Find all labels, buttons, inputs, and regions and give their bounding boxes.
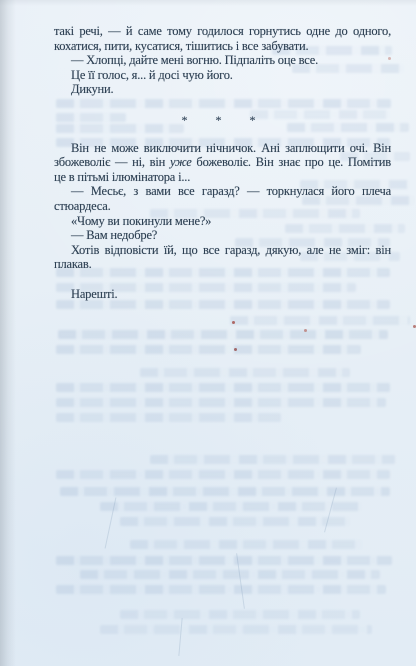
paper-speck: [304, 329, 307, 332]
text-line: Нарешті.: [54, 287, 391, 302]
text-line: — Хлопці, дайте мені вогню. Підпаліть оц…: [54, 53, 391, 68]
text-line: Він не може виключити нічничок. Ані запл…: [54, 141, 391, 156]
text-line: «Чому ви покинули мене?»: [54, 214, 391, 229]
text-line: збожеволіє — ні, він уже божеволіє. Він …: [54, 155, 391, 170]
bleed-through-line: [56, 345, 361, 354]
italic-word: уже: [170, 155, 192, 169]
bleed-through-line: [120, 517, 350, 526]
bleed-through-line: [56, 413, 281, 422]
text-line: це в пітьмі ілюмінатора і...: [54, 170, 391, 185]
bleed-through-line: [56, 556, 392, 565]
text-line: Це її голос, я... й досі чую його.: [54, 68, 391, 83]
text-line: кохатися, пити, кусатися, тішитись і все…: [54, 39, 391, 54]
paper-speck: [232, 321, 235, 324]
bleed-through-line: [130, 540, 362, 549]
text-segment: божеволіє. Він знає про це. Помітив: [192, 155, 391, 169]
bleed-through-line: [56, 470, 390, 479]
bleed-through-line: [56, 398, 386, 407]
bleed-through-line: [56, 585, 386, 594]
bleed-through-line: [60, 487, 390, 496]
bleed-through-line: [140, 368, 350, 377]
text-line: Дикуни.: [54, 82, 391, 97]
page-edge-shade: [0, 0, 416, 6]
bleed-through-line: [58, 330, 388, 339]
text-line: стюардеса.: [54, 199, 391, 214]
bleed-through-line: [100, 502, 362, 511]
bleed-through-line: [120, 610, 360, 619]
paper-speck: [234, 348, 237, 351]
text-line: плакав.: [54, 257, 391, 272]
text-line: такі речі, — й саме тому годилося горнут…: [54, 24, 391, 39]
paper-crease: [178, 618, 182, 656]
section-separator: * * *: [54, 113, 391, 128]
text-line: — Месьє, з вами все гаразд? — торкнулася…: [54, 184, 391, 199]
bleed-through-line: [56, 383, 390, 392]
text-line: — Вам недобре?: [54, 228, 391, 243]
bleed-through-line: [150, 455, 395, 464]
bleed-through-line: [100, 625, 372, 634]
page-gutter-shadow: [0, 0, 16, 666]
text-segment: збожеволіє — ні, він: [54, 155, 170, 169]
text-line: Хотів відповісти їй, що все гаразд, дяку…: [54, 243, 391, 258]
bleed-through-line: [80, 570, 380, 579]
text-block: такі речі, — й саме тому годилося горнут…: [54, 24, 391, 302]
bleed-through-line: [230, 316, 410, 325]
book-page-scan: такі речі, — й саме тому годилося горнут…: [0, 0, 416, 666]
